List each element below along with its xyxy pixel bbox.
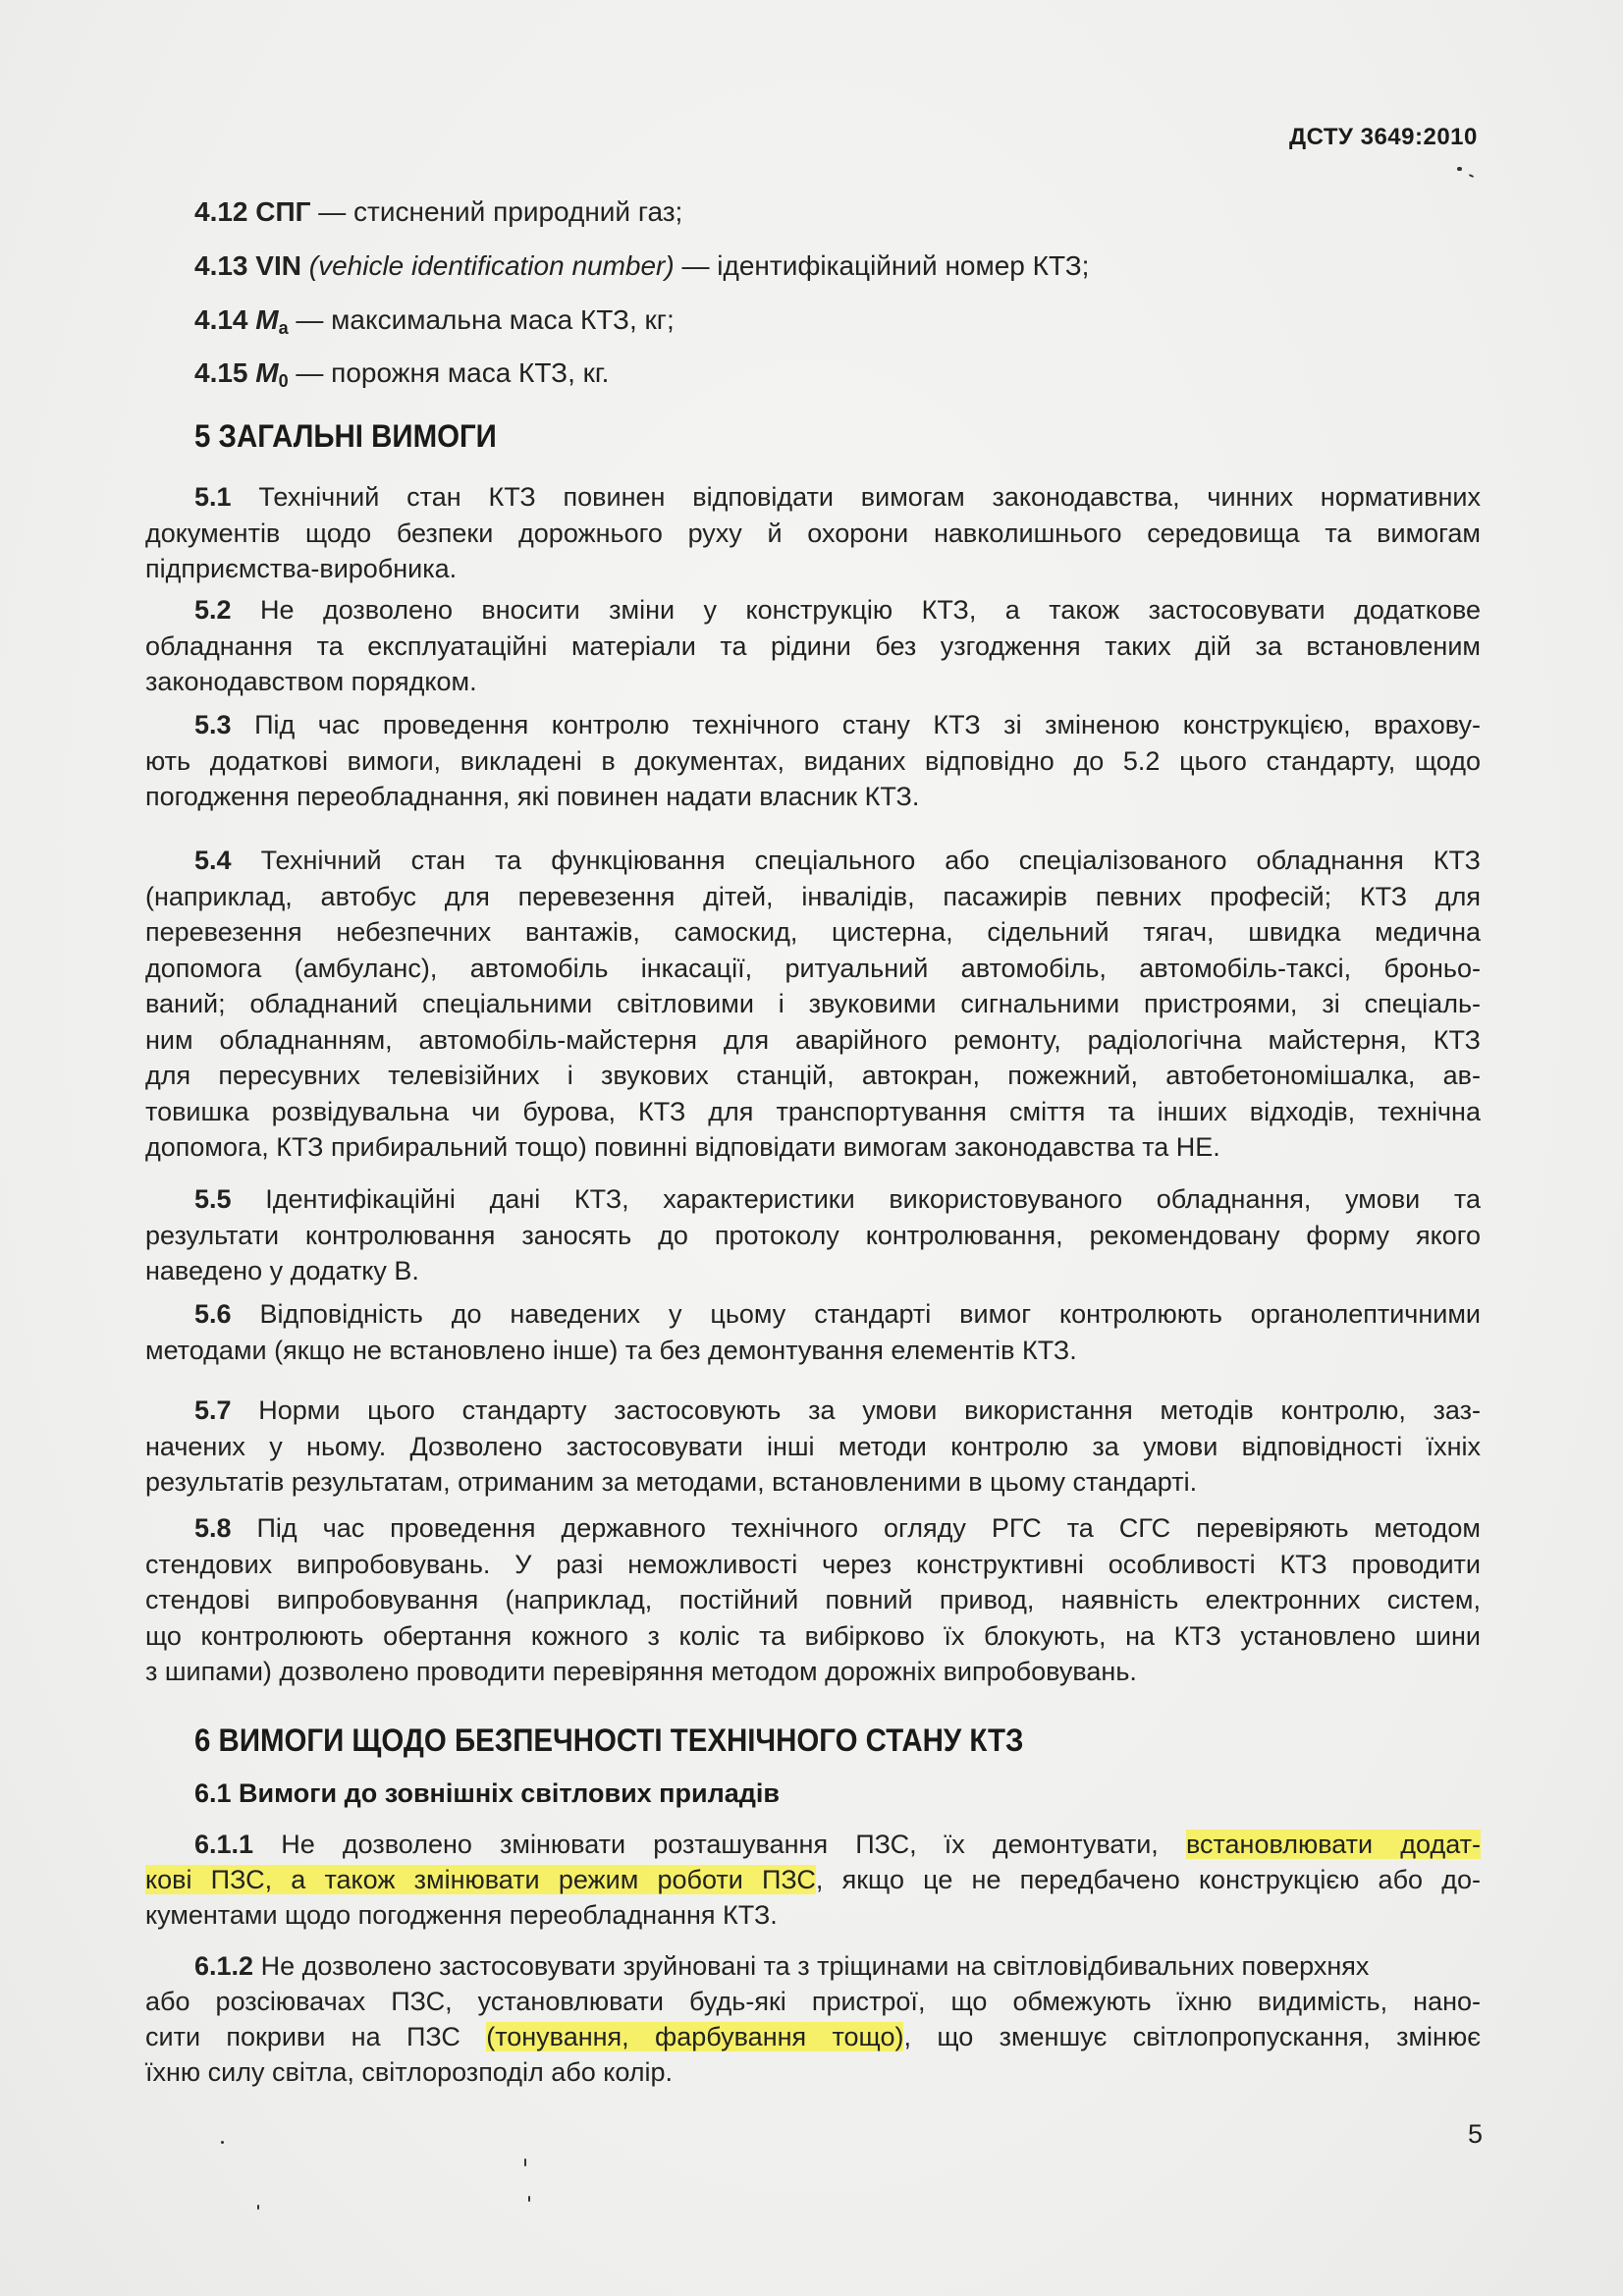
clause-text: , що зменшує світлопропускання, змінює [903,2022,1481,2051]
clause-text: ваний; обладнаний спеціальними світловим… [145,989,1481,1018]
clause-text: з шипами) дозволено проводити перевірянн… [145,1657,1137,1686]
clause-6-1-1-line-3: кументами щодо погодження переобладнання… [145,1897,778,1933]
clause-text: законодавством порядком. [145,667,477,696]
clause-text: (наприклад, автобус для перевезення діте… [145,882,1481,911]
clause-5-6-line-2: методами (якщо не встановлено інше) та б… [145,1333,1077,1368]
clause-5-1-line-3: підприємства-виробника. [145,551,457,586]
clause-text: для пересувних телевізійних і звукових с… [145,1061,1481,1090]
document-code: ДСТУ 3649:2010 [1289,124,1478,151]
clause-text: підприємства-виробника. [145,554,457,583]
clause-5-4-line-4: допомога (амбуланс), автомобіль інкасаці… [145,951,1481,986]
clause-6-1-2-line-3: сити покриви на ПЗС (тонування, фарбуван… [145,2019,1481,2054]
section-5-heading: 5 ЗАГАЛЬНІ ВИМОГИ [194,416,497,456]
clause-text: методами (якщо не встановлено інше) та б… [145,1336,1077,1365]
section-6-heading: 6 ВИМОГИ ЩОДО БЕЗПЕЧНОСТІ ТЕХНІЧНОГО СТА… [194,1721,1023,1760]
clause-5-2-line-3: законодавством порядком. [145,664,477,699]
scan-speck [1457,167,1462,171]
page-number: 5 [1468,2119,1483,2150]
clause-text: товишка розвідувальна чи бурова, КТЗ для… [145,1097,1481,1126]
clause-text: перевезення небезпечних вантажів, самоск… [145,917,1481,947]
clause-number: 5.8 [194,1513,232,1543]
clause-text: , якщо це не передбачено конструкцією аб… [816,1865,1481,1894]
definition-subscript: 0 [279,371,289,391]
clause-5-4-line-3: перевезення небезпечних вантажів, самоск… [145,914,1481,950]
clause-5-8-line-4: що контролюють обертання кожного з коліс… [145,1618,1481,1654]
clause-5-2-line-2: обладнання та експлуатаційні матеріали т… [145,629,1481,664]
clause-text: ним обладнанням, автомобіль-майстерня дл… [145,1025,1481,1055]
clause-5-7-line-3: результатів результатам, отриманим за ме… [145,1464,1197,1500]
clause-5-3-line-1: 5.3 Під час проведення контролю технічно… [194,707,1481,742]
clause-text: документів щодо безпеки дорожнього руху … [145,519,1481,548]
definition-term: VIN [255,250,301,281]
clause-5-2-line-1: 5.2 Не дозволено вносити зміни у констру… [194,592,1481,628]
clause-text: стендових випробовувань. У разі неможлив… [145,1550,1481,1579]
clause-5-8-line-1: 5.8 Під час проведення державного техніч… [194,1510,1481,1546]
clause-text: Відповідність до наведених у цьому станд… [232,1299,1481,1329]
clause-5-4-line-7: для пересувних телевізійних і звукових с… [145,1058,1481,1093]
clause-5-7-line-1: 5.7 Норми цього стандарту застосовують з… [194,1393,1481,1428]
clause-5-6-line-1: 5.6 Відповідність до наведених у цьому с… [194,1296,1481,1332]
scan-speck [221,2141,224,2144]
clause-5-3-line-3: погодження переобладнання, які повинен н… [145,779,919,814]
section-6-1-subheading: 6.1 Вимоги до зовнішніх світлових прилад… [194,1776,780,1811]
clause-number: 5.3 [194,710,232,739]
clause-5-1-line-2: документів щодо безпеки дорожнього руху … [145,516,1481,551]
clause-text: Норми цього стандарту застосовують за ум… [232,1395,1481,1425]
clause-6-1-2-line-1: 6.1.2 Не дозволено застосовувати зруйнов… [194,1948,1481,1984]
clause-5-4-line-5: ваний; обладнаний спеціальними світловим… [145,986,1481,1021]
clause-text: наведено у додатку В. [145,1256,419,1285]
definition-term: СПГ [255,196,310,227]
clause-text: допомога, КТЗ прибиральний тощо) повинні… [145,1132,1220,1162]
definition-4-15: 4.15 M0 — порожня маса КТЗ, кг. [194,355,609,399]
clause-5-5-line-1: 5.5 Ідентифікаційні дані КТЗ, характерис… [194,1181,1481,1217]
definition-text: — ідентифікаційний номер КТЗ; [675,250,1090,281]
clause-5-5-line-2: результати контролювання заносять до про… [145,1218,1481,1253]
definition-text: — стиснений природний газ; [311,196,683,227]
highlighted-text: кові ПЗС, а також змінювати режим роботи… [145,1865,816,1894]
clause-5-4-line-9: допомога, КТЗ прибиральний тощо) повинні… [145,1129,1220,1165]
definition-text: — максимальна маса КТЗ, кг; [289,304,675,335]
definition-number: 4.12 [194,196,248,227]
definition-number: 4.15 [194,357,248,388]
clause-text: Не дозволено застосовувати зруйновані та… [253,1951,1369,1981]
highlighted-text: встановлювати додат- [1186,1830,1481,1859]
clause-text: Під час проведення контролю технічного с… [232,710,1481,739]
definition-number: 4.14 [194,304,248,335]
clause-text: Технічний стан КТЗ повинен відповідати в… [232,482,1481,512]
clause-5-3-line-2: ють додаткові вимоги, викладені в докуме… [145,743,1481,779]
clause-text: погодження переобладнання, які повинен н… [145,782,919,811]
clause-text: Технічний стан та функціювання спеціальн… [232,846,1481,875]
scan-speck [524,2159,526,2166]
clause-text: результати контролювання заносять до про… [145,1221,1481,1250]
definition-4-13: 4.13 VIN (vehicle identification number)… [194,248,1089,284]
clause-text: ють додаткові вимоги, викладені в докуме… [145,746,1481,776]
definition-term-expansion: (vehicle identification number) [301,250,675,281]
clause-number: 5.7 [194,1395,232,1425]
clause-5-8-line-3: стендові випробовування (наприклад, пост… [145,1582,1481,1617]
clause-text: що контролюють обертання кожного з коліс… [145,1621,1481,1651]
clause-text: Не дозволено вносити зміни у конструкцію… [232,595,1481,625]
definition-symbol: M [255,304,278,335]
clause-5-4-line-8: товишка розвідувальна чи бурова, КТЗ для… [145,1094,1481,1129]
clause-number: 5.1 [194,482,232,512]
clause-number: 6.1.1 [194,1830,253,1859]
clause-6-1-1-line-1: 6.1.1 Не дозволено змінювати розташуванн… [194,1827,1481,1862]
clause-text: Ідентифікаційні дані КТЗ, характеристики… [232,1184,1481,1214]
document-page: ДСТУ 3649:2010 4.12 СПГ — стиснений прир… [0,0,1623,2296]
definition-4-14: 4.14 Ma — максимальна маса КТЗ, кг; [194,302,675,346]
clause-6-1-2-line-4: їхню силу світла, світлорозподіл або кол… [145,2054,673,2090]
scan-speck [1469,174,1474,178]
clause-text: Не дозволено змінювати розташування ПЗС,… [253,1830,1186,1859]
clause-number: 5.6 [194,1299,232,1329]
clause-5-4-line-1: 5.4 Технічний стан та функціювання спеці… [194,843,1481,878]
clause-text: допомога (амбуланс), автомобіль інкасаці… [145,954,1481,983]
clause-text: сити покриви на ПЗС [145,2022,486,2051]
clause-text: результатів результатам, отриманим за ме… [145,1467,1197,1497]
clause-5-4-line-6: ним обладнанням, автомобіль-майстерня дл… [145,1022,1481,1058]
definition-symbol: M [255,357,278,388]
clause-number: 5.2 [194,595,232,625]
highlighted-text: (тонування, фарбування тощо) [486,2022,903,2051]
definition-subscript: a [279,318,289,338]
clause-number: 5.4 [194,846,232,875]
clause-text: обладнання та експлуатаційні матеріали т… [145,631,1481,661]
clause-5-8-line-2: стендових випробовувань. У разі неможлив… [145,1547,1481,1582]
scan-speck [528,2196,530,2202]
clause-text: начених у ньому. Дозволено застосовувати… [145,1432,1481,1461]
definition-number: 4.13 [194,250,248,281]
scan-speck [257,2205,259,2210]
clause-5-1-line-1: 5.1 Технічний стан КТЗ повинен відповіда… [194,479,1481,515]
clause-number: 6.1.2 [194,1951,253,1981]
clause-5-4-line-2: (наприклад, автобус для перевезення діте… [145,879,1481,914]
clause-text: Під час проведення державного технічного… [232,1513,1481,1543]
clause-text: стендові випробовування (наприклад, пост… [145,1585,1481,1614]
definition-4-12: 4.12 СПГ — стиснений природний газ; [194,194,682,230]
clause-5-5-line-3: наведено у додатку В. [145,1253,419,1288]
definition-text: — порожня маса КТЗ, кг. [289,357,610,388]
clause-5-7-line-2: начених у ньому. Дозволено застосовувати… [145,1429,1481,1464]
clause-6-1-2-line-2: або розсіювачах ПЗС, установлювати будь-… [145,1984,1481,2019]
clause-6-1-1-line-2: кові ПЗС, а також змінювати режим роботи… [145,1862,1481,1897]
clause-number: 5.5 [194,1184,232,1214]
clause-5-8-line-5: з шипами) дозволено проводити перевірянн… [145,1654,1137,1689]
